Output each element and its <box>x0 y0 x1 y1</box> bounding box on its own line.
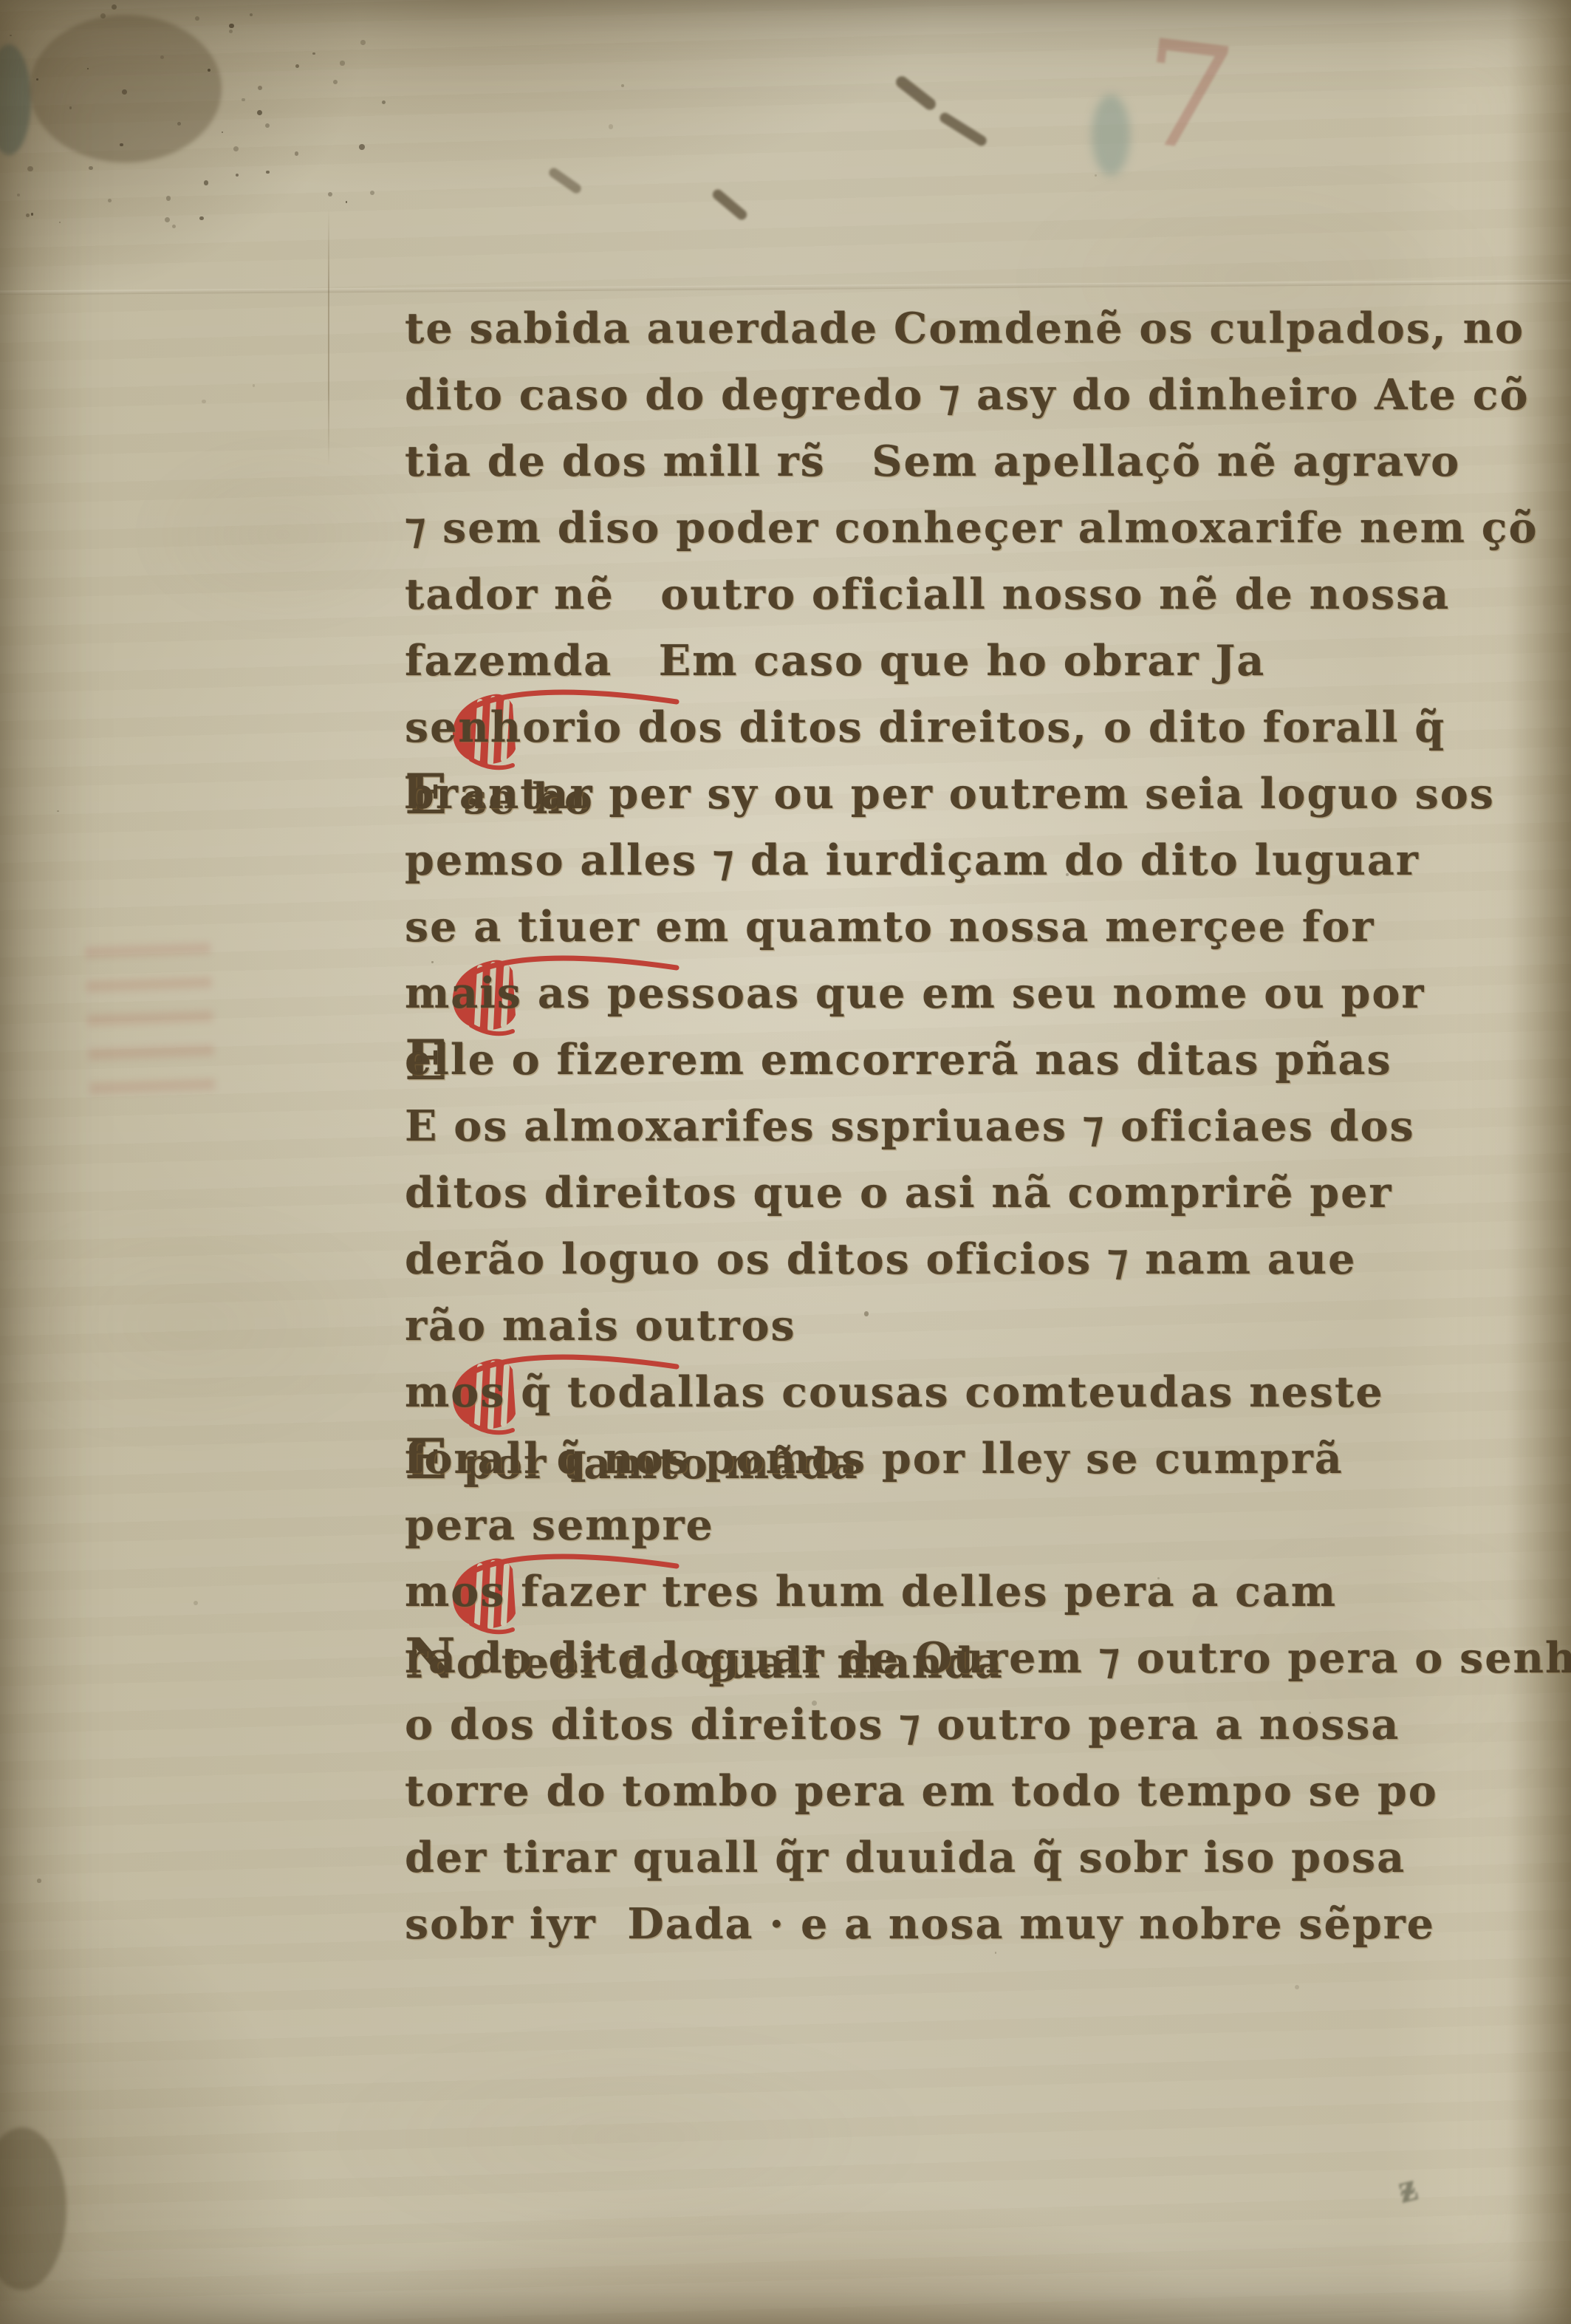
manuscript-photo: 7 ᵶ te sabida auerdade Comdenẽ os culpad… <box>0 0 1571 2324</box>
photo-vignette <box>0 0 1571 2324</box>
